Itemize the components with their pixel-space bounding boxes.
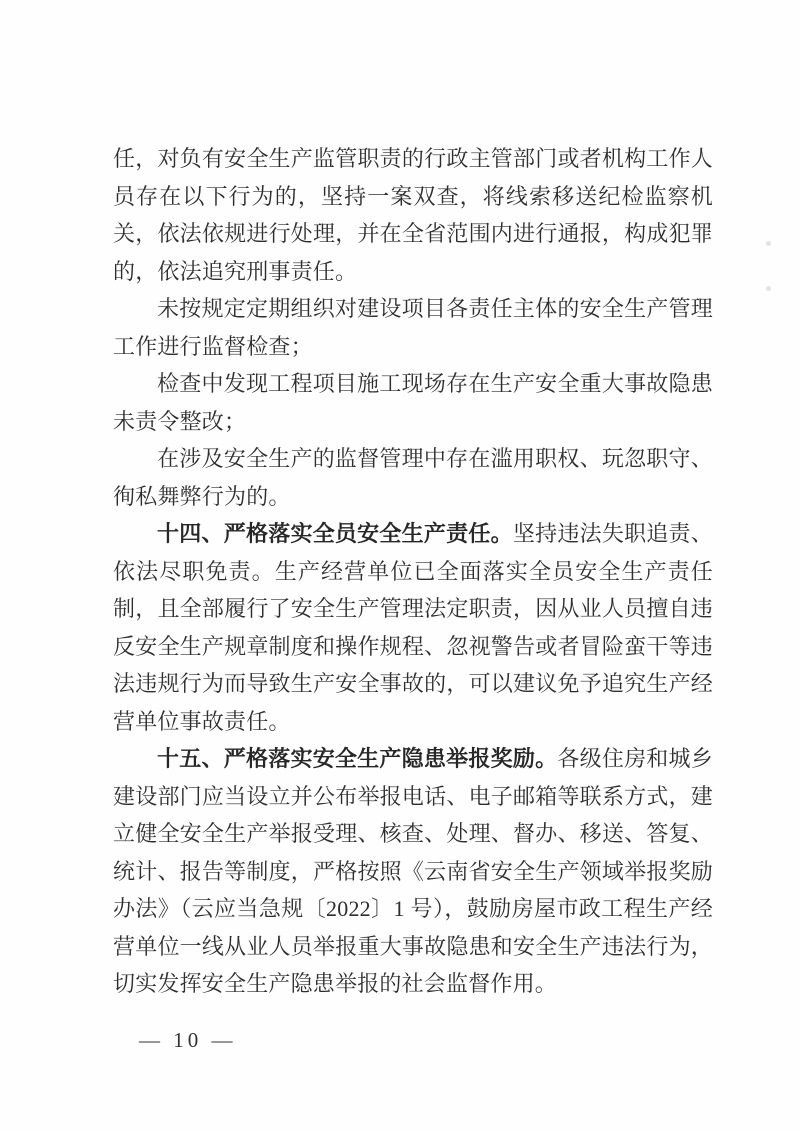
document-page: 任，对负有安全生产监管职责的行政主管部门或者机构工作人员存在以下行为的，坚持一案…	[0, 0, 800, 1131]
paragraph: 检查中发现工程项目施工现场存在生产安全重大事故隐患未责令整改；	[113, 365, 713, 440]
section-heading: 十四、严格落实全员安全生产责任。	[157, 521, 513, 546]
paragraph: 十四、严格落实全员安全生产责任。坚持违法失职追责、依法尽职免责。生产经营单位已全…	[113, 515, 713, 740]
paragraph-text: 任，对负有安全生产监管职责的行政主管部门或者机构工作人员存在以下行为的，坚持一案…	[113, 146, 713, 284]
paragraph: 未按规定定期组织对建设项目各责任主体的安全生产管理工作进行监督检查；	[113, 290, 713, 365]
scan-artifact	[766, 286, 771, 291]
paragraph: 在涉及安全生产的监督管理中存在滥用职权、玩忽职守、徇私舞弊行为的。	[113, 440, 713, 515]
paragraph-text: 在涉及安全生产的监督管理中存在滥用职权、玩忽职守、徇私舞弊行为的。	[113, 446, 713, 509]
paragraph-text: 未按规定定期组织对建设项目各责任主体的安全生产管理工作进行监督检查；	[113, 296, 713, 359]
section-heading: 十五、严格落实安全生产隐患举报奖励。	[157, 746, 557, 771]
paragraph-text: 检查中发现工程项目施工现场存在生产安全重大事故隐患未责令整改；	[113, 371, 713, 434]
paragraph: 十五、严格落实安全生产隐患举报奖励。各级住房和城乡建设部门应当设立并公布举报电话…	[113, 740, 713, 1003]
scan-artifact	[766, 241, 771, 246]
page-number: — 10 —	[139, 1028, 237, 1053]
paragraph-text: 坚持违法失职追责、依法尽职免责。生产经营单位已全面落实全员安全生产责任制，且全部…	[113, 521, 713, 734]
document-body: 任，对负有安全生产监管职责的行政主管部门或者机构工作人员存在以下行为的，坚持一案…	[113, 140, 713, 1003]
paragraph: 任，对负有安全生产监管职责的行政主管部门或者机构工作人员存在以下行为的，坚持一案…	[113, 140, 713, 290]
paragraph-text: 各级住房和城乡建设部门应当设立并公布举报电话、电子邮箱等联系方式，建立健全安全生…	[113, 746, 713, 996]
